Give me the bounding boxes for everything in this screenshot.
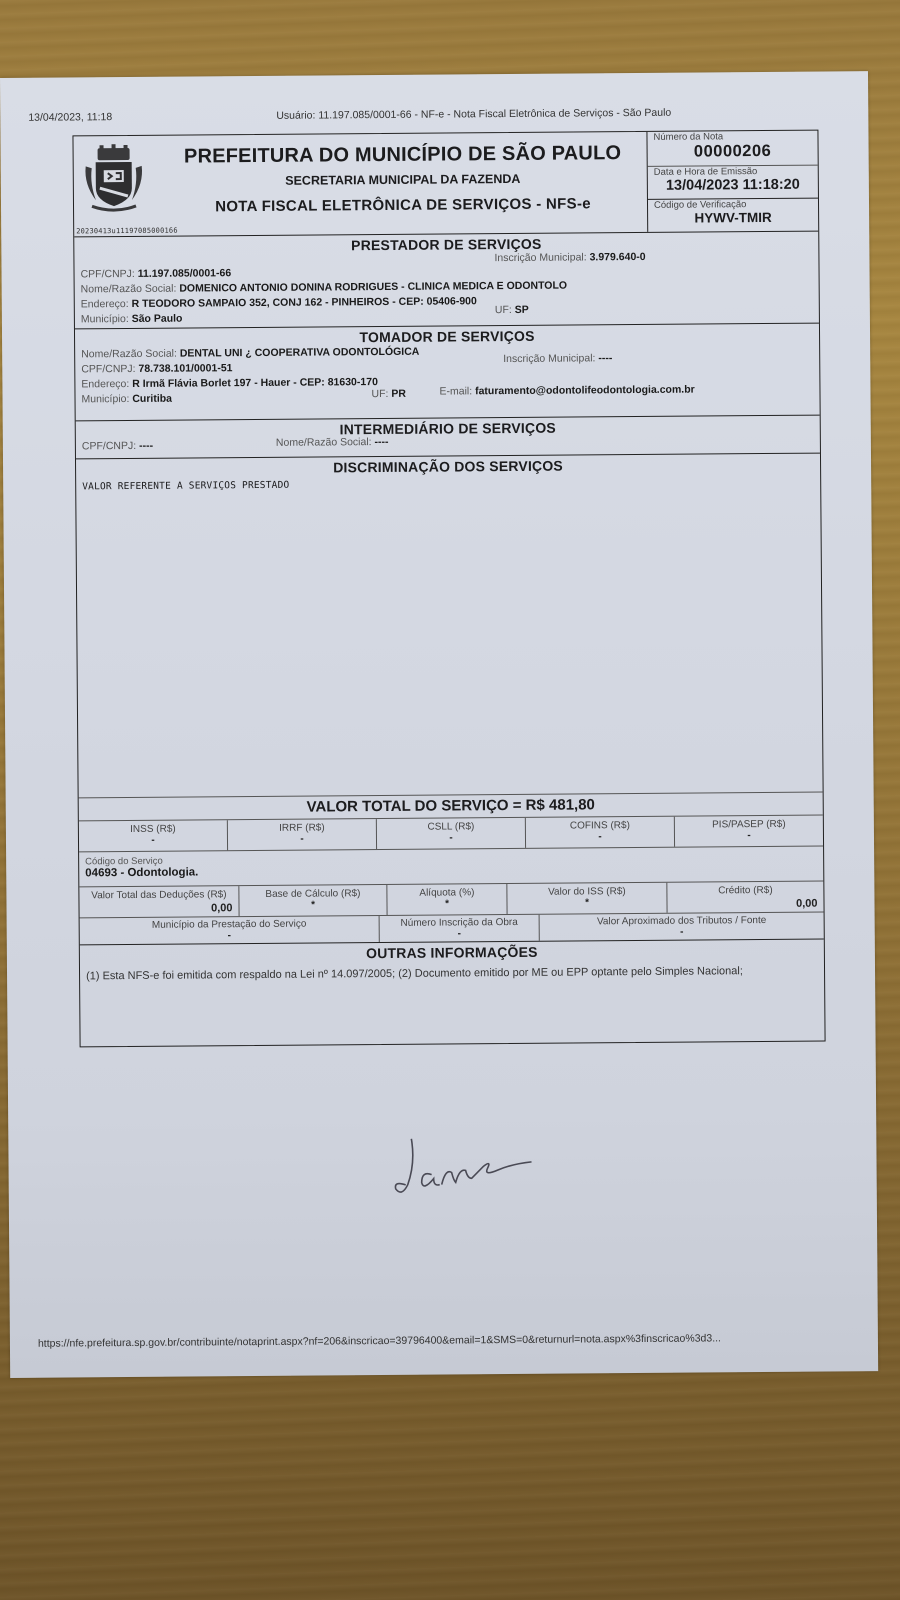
intermediary-section: INTERMEDIÁRIO DE SERVIÇOS CPF/CNPJ: ----… (76, 416, 820, 460)
document-code-line: 20230413u11197085000166 (76, 227, 178, 236)
provider-section: PRESTADOR DE SERVIÇOS Inscrição Municipa… (74, 232, 819, 330)
provider-address-label: Endereço: (81, 298, 129, 310)
service-code-section: Código do Serviço 04693 - Odontologia. (79, 847, 823, 887)
customer-city-value: Curitiba (132, 393, 172, 405)
verification-code-cell: Código de Verificação HYWV-TMIR (648, 199, 818, 226)
invoice-number-cell: Número da Nota 00000206 (647, 131, 817, 167)
municipality-title: PREFEITURA DO MUNICÍPIO DE SÃO PAULO (178, 142, 628, 169)
provider-city-label: Município: (81, 313, 129, 325)
customer-address-label: Endereço: (81, 378, 129, 390)
customer-uf-value: PR (391, 388, 406, 400)
approx-taxes: Valor Aproximado dos Tributos / Fonte- (540, 913, 824, 941)
customer-name-label: Nome/Razão Social: (81, 348, 177, 361)
other-info-section: OUTRAS INFORMAÇÕES (1) Esta NFS-e foi em… (80, 940, 824, 984)
printed-invoice-page: 13/04/2023, 11:18 Usuário: 11.197.085/00… (0, 71, 878, 1378)
handwritten-signature (393, 1132, 534, 1203)
print-title: Usuário: 11.197.085/0001-66 - NF-e - Not… (276, 107, 671, 122)
customer-cpf-label: CPF/CNPJ: (81, 363, 135, 375)
print-datetime: 13/04/2023, 11:18 (28, 111, 112, 124)
provider-inscricao-value: 3.979.640-0 (590, 251, 646, 263)
provider-uf-value: SP (515, 304, 529, 316)
nfse-document: 20230413u11197085000166 PREFEITURA DO MU… (72, 130, 825, 1048)
print-footer-url: https://nfe.prefeitura.sp.gov.br/contrib… (38, 1332, 721, 1349)
provider-city-value: São Paulo (132, 313, 183, 325)
calculation-base: Base de Cálculo (R$)* (239, 885, 387, 916)
tax-irrf: IRRF (R$)- (228, 819, 377, 850)
customer-uf-label: UF: (371, 388, 388, 400)
customer-inscricao-label: Inscrição Municipal: (503, 352, 595, 365)
invoice-meta-box: Número da Nota 00000206 Data e Hora de E… (646, 131, 818, 232)
customer-section: TOMADOR DE SERVIÇOS Nome/Razão Social: D… (75, 324, 820, 422)
customer-email-value: faturamento@odontolifeodontologia.com.br (475, 384, 695, 398)
document-header: 20230413u11197085000166 PREFEITURA DO MU… (73, 131, 818, 238)
construction-registration: Número Inscrição da Obra- (380, 915, 540, 942)
tax-rate: Alíquota (%)* (387, 884, 507, 915)
provider-cpf-value: 11.197.085/0001-66 (138, 267, 232, 280)
tax-cofins: COFINS (R$)- (526, 817, 675, 848)
provider-cpf-label: CPF/CNPJ: (80, 268, 134, 280)
credit-value: Crédito (R$)0,00 (667, 882, 823, 913)
provider-inscricao-label: Inscrição Municipal: (494, 251, 586, 264)
print-header: 13/04/2023, 11:18 Usuário: 11.197.085/00… (0, 105, 868, 128)
customer-address-value: R Irmã Flávia Borlet 197 - Hauer - CEP: … (132, 376, 378, 390)
customer-name-value: DENTAL UNI ¿ COOPERATIVA ODONTOLÓGICA (180, 346, 420, 360)
intermediary-cpf-label: CPF/CNPJ: (82, 440, 136, 452)
intermediary-name-value: ---- (374, 436, 388, 448)
intermediary-name-label: Nome/Razão Social: (276, 436, 372, 449)
issue-datetime-value: 13/04/2023 11:18:20 (654, 177, 812, 194)
provider-name-value: DOMENICO ANTONIO DONINA RODRIGUES - CLIN… (179, 280, 567, 295)
intermediary-cpf-value: ---- (139, 440, 153, 452)
tax-pis-pasep: PIS/PASEP (R$)- (675, 816, 823, 847)
provider-address-value: R TEODORO SAMPAIO 352, CONJ 162 - PINHEI… (132, 295, 477, 310)
service-municipality: Município da Prestação do Serviço- (80, 916, 380, 944)
customer-cpf-value: 78.738.101/0001-51 (138, 362, 232, 375)
header-titles: PREFEITURA DO MUNICÍPIO DE SÃO PAULO SEC… (178, 142, 629, 216)
services-description-section: DISCRIMINAÇÃO DOS SERVIÇOS VALOR REFEREN… (76, 454, 823, 798)
document-title: NOTA FISCAL ELETRÔNICA DE SERVIÇOS - NFS… (178, 195, 628, 216)
customer-city-label: Município: (81, 393, 129, 405)
customer-email-label: E-mail: (439, 385, 472, 397)
secretariat-subtitle: SECRETARIA MUNICIPAL DA FAZENDA (178, 171, 628, 189)
provider-uf-label: UF: (495, 304, 512, 316)
tax-inss: INSS (R$)- (79, 820, 228, 851)
deductions-total: Valor Total das Deduções (R$)0,00 (79, 886, 239, 917)
verification-code-value: HYWV-TMIR (654, 210, 812, 226)
customer-inscricao-value: ---- (598, 352, 612, 364)
iss-value: Valor do ISS (R$)* (507, 883, 667, 914)
provider-name-label: Nome/Razão Social: (81, 283, 177, 296)
tax-csll: CSLL (R$)- (377, 818, 526, 849)
other-info-text: (1) Esta NFS-e foi emitida com respaldo … (86, 964, 818, 984)
invoice-number-value: 00000206 (654, 142, 812, 162)
coat-of-arms-icon (82, 144, 147, 215)
issue-datetime-cell: Data e Hora de Emissão 13/04/2023 11:18:… (648, 166, 818, 200)
